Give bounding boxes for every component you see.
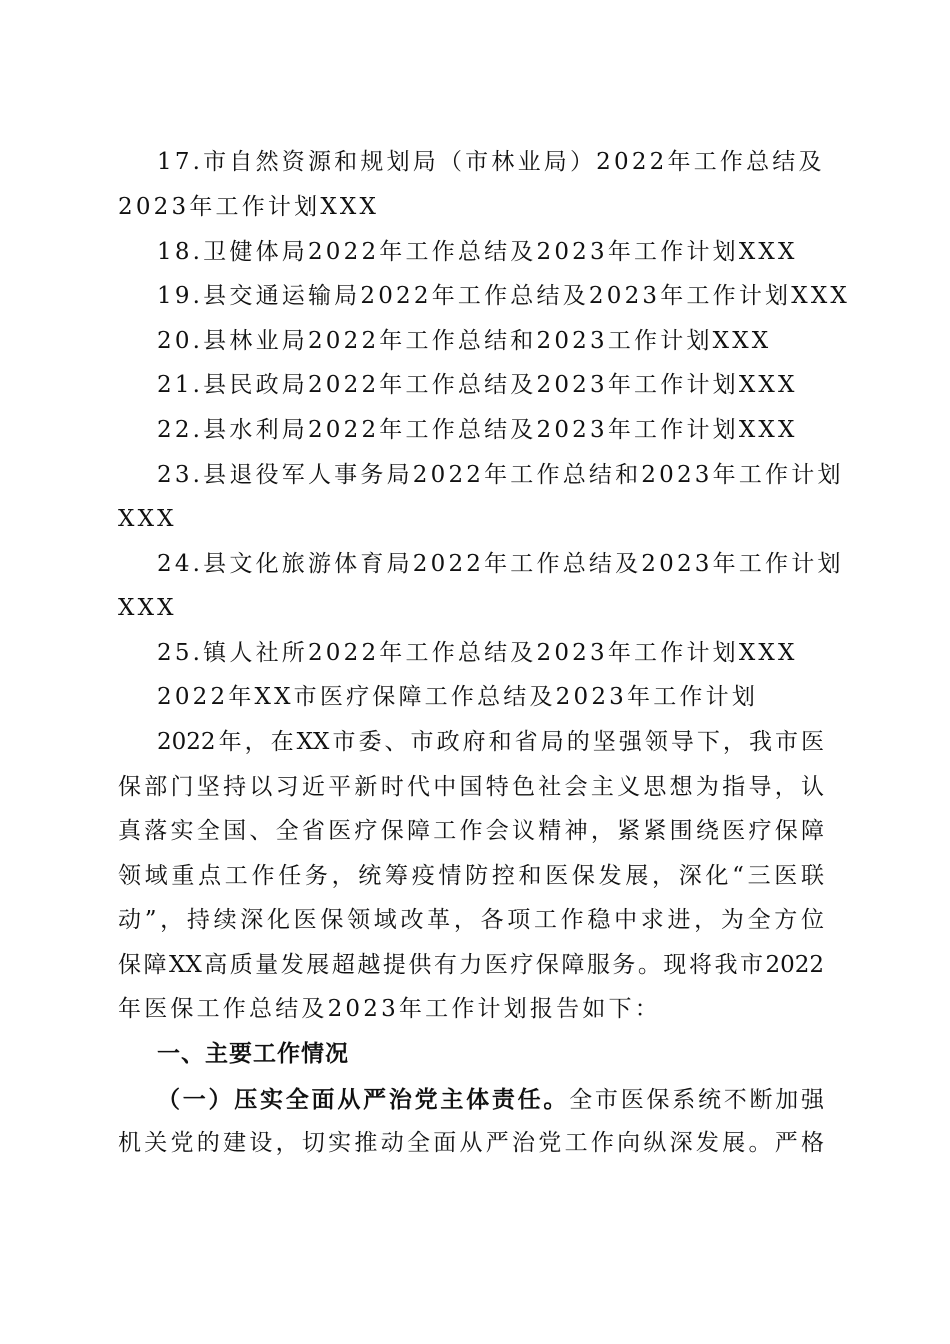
section-heading: 一、主要工作情况 — [157, 1032, 349, 1077]
intro-line-3: 真落实全国、全省医疗保障工作会议精神，紧紧围绕医疗保障 — [118, 809, 824, 854]
list-item-22: 22.县水利局2022年工作总结及2023年工作计划XXX — [157, 408, 798, 453]
subsection-body: 全市医保系统不断加强 — [569, 1087, 824, 1113]
list-item-21: 21.县民政局2022年工作总结及2023年工作计划XXX — [157, 363, 798, 408]
list-item-23-line-2: XXX — [118, 497, 177, 542]
intro-line-7: 年医保工作总结及2023年工作计划报告如下： — [118, 987, 661, 1032]
intro-line-1: 2022年，在XX市委、市政府和省局的坚强领导下，我市医 — [157, 720, 824, 765]
list-item-20: 20.县林业局2022年工作总结和2023工作计划XXX — [157, 319, 771, 364]
list-item-25: 25.镇人社所2022年工作总结及2023年工作计划XXX — [157, 631, 798, 676]
subsection-line-1: （一）压实全面从严治党主体责任。全市医保系统不断加强 — [157, 1077, 824, 1122]
list-item-24-line-2: XXX — [118, 586, 177, 631]
list-item-24-line-1: 24.县文化旅游体育局2022年工作总结及2023年工作计划 — [157, 542, 844, 587]
list-item-17-line-2: 2023年工作计划XXX — [118, 185, 379, 230]
subsection-line-2: 机关党的建设，切实推动全面从严治党工作向纵深发展。严格 — [118, 1121, 824, 1166]
list-item-19: 19.县交通运输局2022年工作总结及2023年工作计划XXX — [157, 274, 850, 319]
document-title: 2022年XX市医疗保障工作总结及2023年工作计划 — [157, 675, 758, 720]
list-item-18: 18.卫健体局2022年工作总结及2023年工作计划XXX — [157, 230, 798, 275]
subsection-title: （一）压实全面从严治党主体责任。 — [157, 1086, 569, 1113]
list-item-23-line-1: 23.县退役军人事务局2022年工作总结和2023年工作计划 — [157, 453, 844, 498]
intro-line-5: 动”，持续深化医保领域改革，各项工作稳中求进，为全方位 — [118, 898, 824, 943]
intro-line-4: 领域重点工作任务，统筹疫情防控和医保发展，深化“三医联 — [118, 854, 824, 899]
intro-line-6: 保障XX高质量发展超越提供有力医疗保障服务。现将我市2022 — [118, 943, 824, 988]
list-item-17-line-1: 17.市自然资源和规划局（市林业局）2022年工作总结及 — [157, 140, 825, 185]
intro-line-2: 保部门坚持以习近平新时代中国特色社会主义思想为指导，认 — [118, 765, 824, 810]
